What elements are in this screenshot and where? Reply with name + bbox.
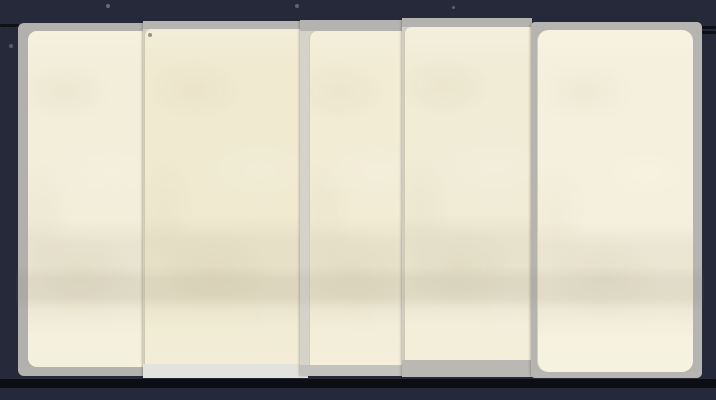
shadow-line-top-right-a xyxy=(700,26,716,29)
stamp-photo-canvas xyxy=(0,0,716,400)
stamp-4-mount xyxy=(402,18,532,377)
stamp-2-mount xyxy=(143,21,308,378)
dust-speck-2 xyxy=(295,4,299,8)
shadow-line-top-right-b xyxy=(700,31,716,34)
stamp-1-paper xyxy=(28,31,150,367)
stamp-4-paper xyxy=(404,27,533,360)
dust-speck-3 xyxy=(9,44,13,48)
shadow-line-top-left xyxy=(0,24,19,27)
shadow-line-bottom-band xyxy=(0,379,716,388)
stamp-5-mount xyxy=(531,22,702,378)
stamp-3-mount xyxy=(300,20,406,376)
dust-speck-1 xyxy=(106,4,110,8)
stamp-5-paper xyxy=(537,30,693,372)
stamp-3-paper xyxy=(309,31,407,365)
stamp-2-paper xyxy=(144,29,309,364)
dust-speck-4 xyxy=(452,6,455,9)
stamp-1-mount xyxy=(18,23,150,376)
